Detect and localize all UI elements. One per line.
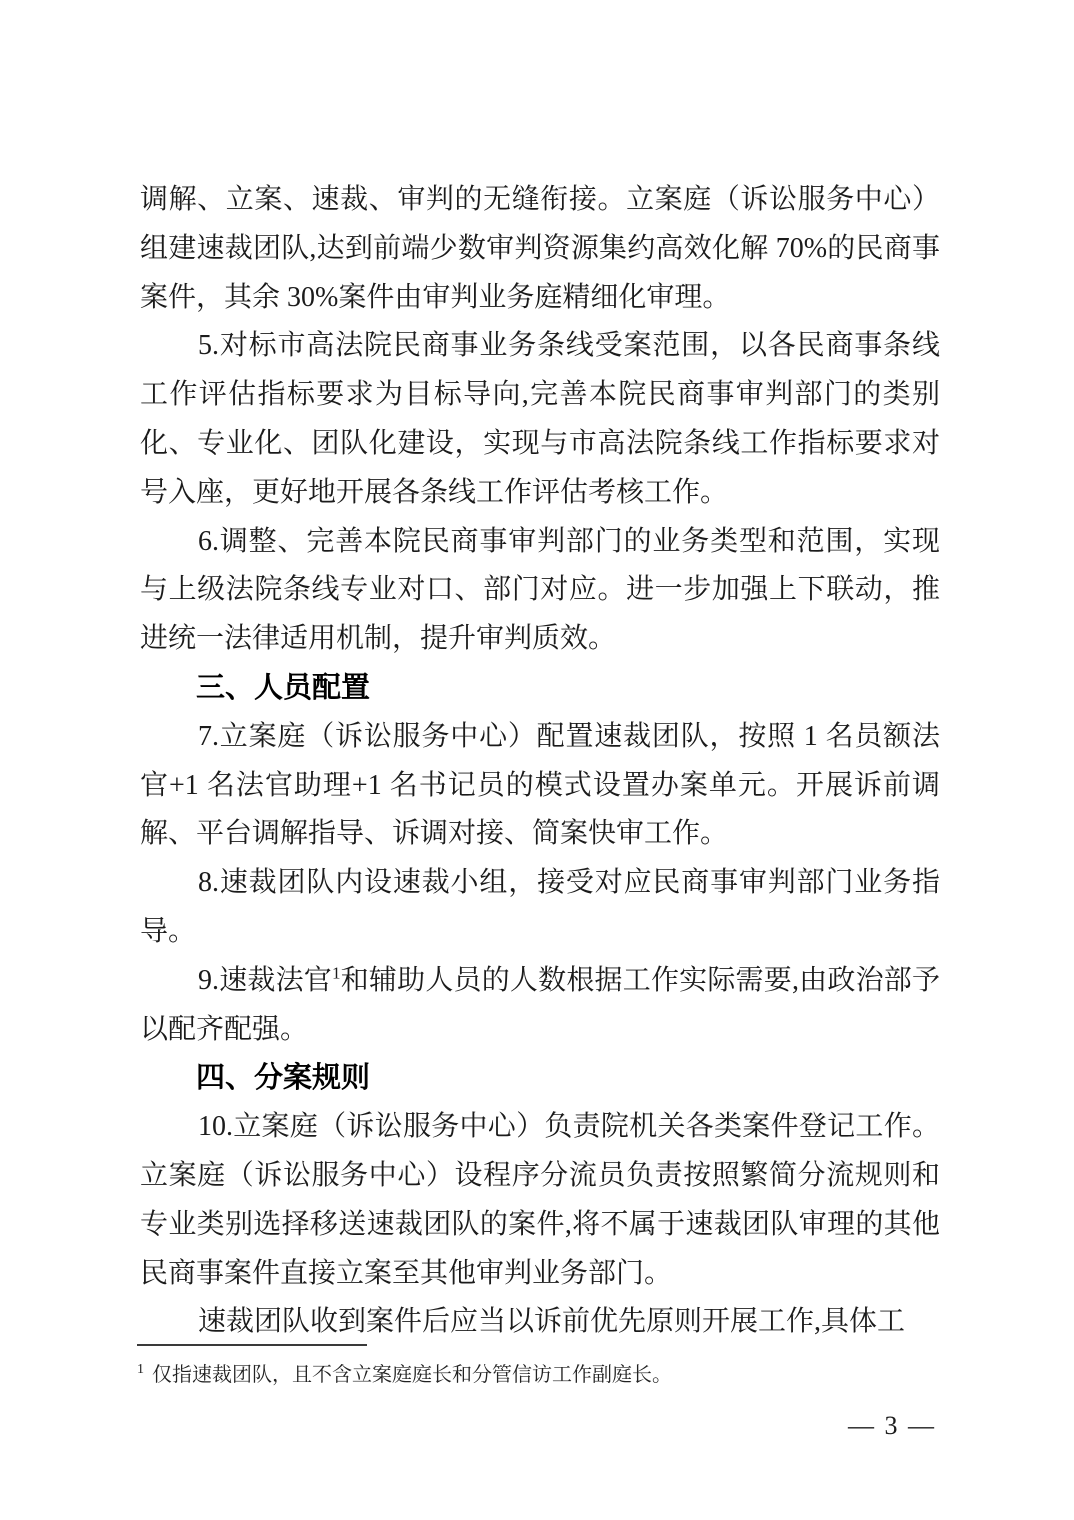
section-heading-case-assignment: 四、分案规则 (140, 1054, 940, 1103)
footnote-marker: 1 (137, 1362, 144, 1377)
footnote-reference-1: 1 (332, 963, 341, 982)
paragraph-item-9: 9.速裁法官1和辅助人员的人数根据工作实际需要,由政治部予以配齐配强。 (140, 957, 940, 1055)
paragraph-continuation: 调解、立案、速裁、审判的无缝衔接。立案庭（诉讼服务中心）组建速裁团队,达到前端少… (140, 176, 940, 322)
footnote-area: 1仅指速裁团队，且不含立案庭庭长和分管信访工作副庭长。 (137, 1344, 937, 1390)
footnote-divider (137, 1344, 367, 1346)
section-heading-personnel: 三、人员配置 (140, 664, 940, 713)
page-number: — 3 — (848, 1408, 936, 1444)
document-page: 调解、立案、速裁、审判的无缝衔接。立案庭（诉讼服务中心）组建速裁团队,达到前端少… (0, 0, 1074, 1520)
footnote-text: 1仅指速裁团队，且不含立案庭庭长和分管信访工作副庭长。 (137, 1360, 937, 1390)
paragraph-item-9-prefix: 9.速裁法官 (198, 965, 332, 996)
paragraph-item-7: 7.立案庭（诉讼服务中心）配置速裁团队，按照 1 名员额法官+1 名法官助理+1… (140, 713, 940, 859)
document-body: 调解、立案、速裁、审判的无缝衔接。立案庭（诉讼服务中心）组建速裁团队,达到前端少… (140, 176, 940, 1347)
paragraph-item-11: 速裁团队收到案件后应当以诉前优先原则开展工作,具体工 (140, 1298, 940, 1347)
paragraph-item-5: 5.对标市高法院民商事业务条线受案范围，以各民商事条线工作评估指标要求为目标导向… (140, 322, 940, 517)
footnote-content: 仅指速裁团队，且不含立案庭庭长和分管信访工作副庭长。 (152, 1364, 672, 1386)
paragraph-item-8: 8.速裁团队内设速裁小组，接受对应民商事审判部门业务指导。 (140, 859, 940, 957)
paragraph-item-10: 10.立案庭（诉讼服务中心）负责院机关各类案件登记工作。立案庭（诉讼服务中心）设… (140, 1103, 940, 1298)
paragraph-item-6: 6.调整、完善本院民商事审判部门的业务类型和范围，实现与上级法院条线专业对口、部… (140, 518, 940, 664)
